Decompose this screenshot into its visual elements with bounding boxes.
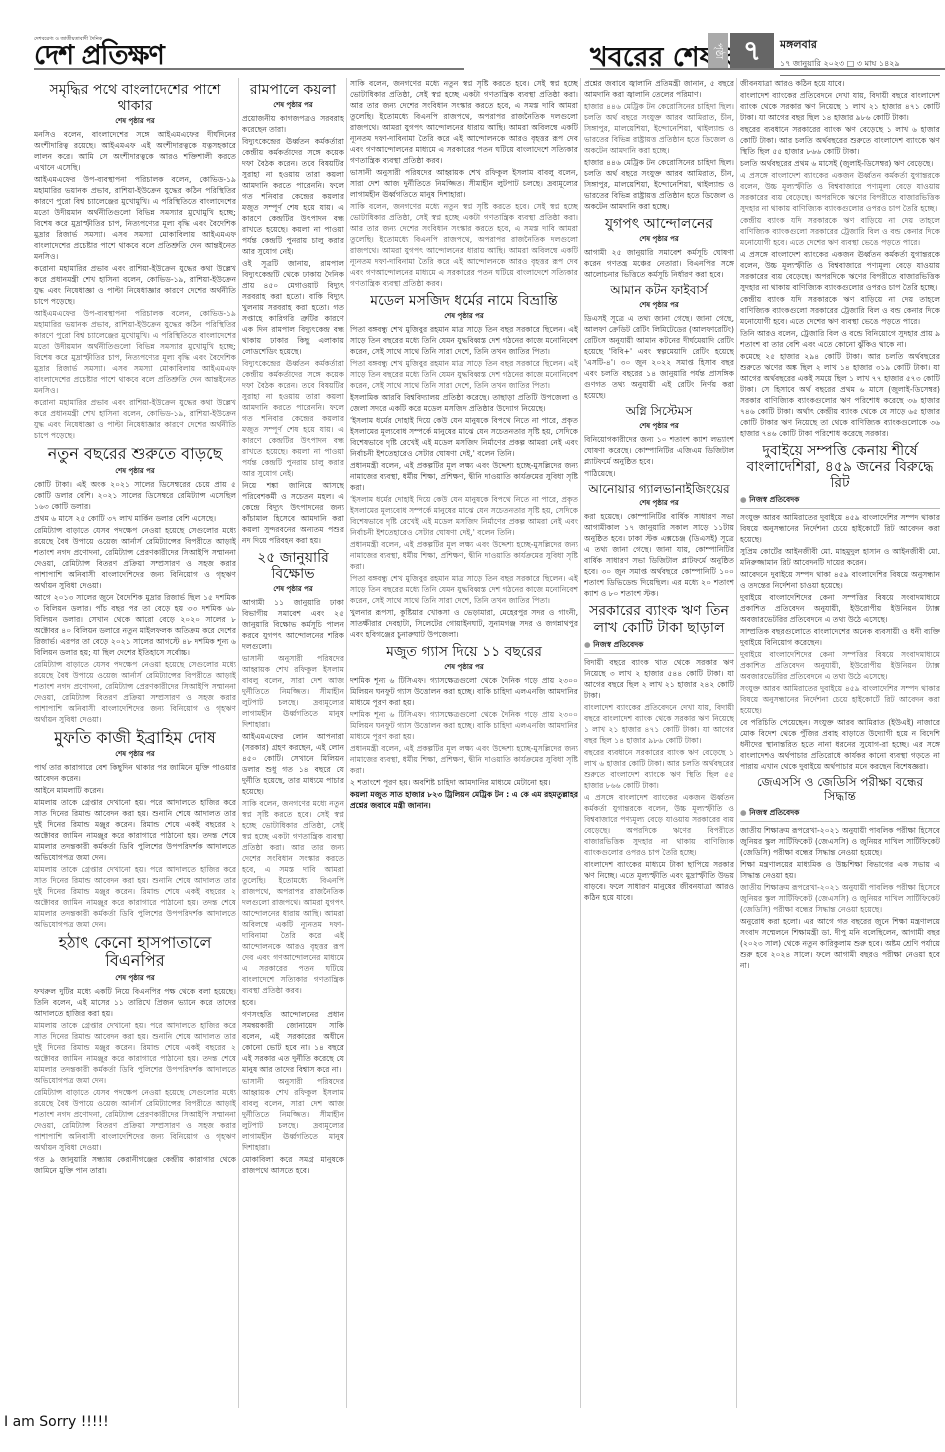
article-govbank: সরকারের ব্যাংক ঋণ তিন লাখ কোটি টাকা ছাড়…	[584, 603, 734, 902]
paragraph: রেমিট্যান্স বাড়াতে যেসব পদক্ষেপ নেওয়া …	[34, 525, 236, 591]
headline: আনোয়ার গ্যালভানাইজিংয়ের	[584, 483, 734, 497]
weekday: মঙ্গলবার	[780, 36, 940, 55]
column-divider	[736, 78, 737, 1408]
jump-label: শেষ পৃষ্ঠার পর	[584, 300, 734, 311]
paragraph: বাংলাদেশ ব্যাংকের প্রতিবেদনে দেখা যায়, …	[584, 702, 734, 746]
article-jsc: জেএসসি ও জেডিসি পরীক্ষা বন্ধের সিদ্ধান্ত…	[740, 776, 940, 971]
paragraph: হবে।	[242, 997, 344, 1008]
article-remittance: নতুন বছরের শুরুতে বাড়ছে শেষ পৃষ্ঠার পর …	[34, 445, 236, 724]
headline: নতুন বছরের শুরুতে বাড়ছে	[34, 445, 236, 463]
column-divider	[580, 78, 581, 1408]
paragraph: বছরের ব্যবধানে সরকারের ব্যাংক ঋণ বেড়েছে…	[584, 747, 734, 791]
column-divider	[346, 78, 347, 1408]
divider	[584, 653, 734, 654]
article-anwar: আনোয়ার গ্যালভানাইজিংয়ের শেষ পৃষ্ঠার পর…	[584, 483, 734, 600]
paragraph: আবেদনে দুবাইয়ে সম্পদ থাকা ৪৫৯ বাংলাদেশি…	[740, 569, 940, 591]
headline: মজুত গ্যাস দিয়ে ১১ বছরের	[350, 644, 578, 660]
paragraph: পার্থ তার কারাগারে বেশ কিছুদিন থাকার পর …	[34, 762, 236, 784]
paragraph: তিনি আরও বলেন, ট্রেজারি বিল ও বন্ডে বিনি…	[740, 328, 940, 350]
paragraph: বাংলাদেশ ব্যাংকের প্রতিবেদনে দেখা যায়, …	[740, 90, 940, 123]
column-3: সাকি বলেন, জনগণের মধ্যে নতুন স্বপ্ন সৃষ্…	[350, 78, 578, 1408]
headline: মুফতি কাজী ইব্রাহিম দোষ	[34, 729, 236, 747]
paragraph: ওই সূত্রটি জানায়, রামপাল বিদ্যুৎকেন্দ্র…	[242, 258, 344, 357]
paragraph: বাংলাদেশ ব্যাংকের মাধ্যমে টাকা ছাপিয়ে স…	[584, 859, 734, 903]
article-rampal: রামপালে কয়লা শেষ পৃষ্ঠার পর প্রয়োজনীয়…	[242, 82, 344, 546]
paragraph: ইসলামিক আরবি বিশ্ববিদ্যালয় প্রতিষ্ঠা কর…	[350, 392, 578, 414]
article-mufti: মুফতি কাজী ইব্রাহিম দোষ শেষ পৃষ্ঠার পর প…	[34, 729, 236, 930]
paragraph: প্রথম ৬ মাসে ২৫ কোটি ৩৭ লাখ মার্কিন ডলার…	[34, 513, 236, 524]
paragraph: এ প্রসঙ্গে বাংলাদেশ ব্যাংকের একজন ঊর্ধ্ব…	[584, 792, 734, 858]
headline: রামপালে কয়লা	[242, 82, 344, 98]
paragraph: কমেছে ২৫ হাজার ২৯৪ কোটি টাকা। আর চলতি অর…	[740, 351, 940, 439]
paragraph: নিয়ে শঙ্কা জানিয়ে আসছে পরিবেশকর্মী ও স…	[242, 480, 344, 546]
byline: নিজস্ব প্রতিবেদক	[740, 494, 940, 505]
paragraph: গত ৯ জানুয়ারি সন্ধ্যায় কেরানীগঞ্জের কে…	[34, 1154, 236, 1176]
paragraph: 'ইসলাম ধর্মের দোহাই দিয়ে কেউ যেন মানুষক…	[350, 494, 578, 538]
paragraph: মামলায় তাকে গ্রেপ্তার দেখানো হয়। পরে আ…	[34, 864, 236, 930]
headline: হঠাৎ কেনো হাসপাতালে বিএনপির	[34, 934, 236, 971]
paragraph: আইনে মামলাটি করেন।	[34, 785, 236, 796]
paragraph: করোনা মহামারির প্রভাব এবং রাশিয়া-ইউক্রে…	[34, 263, 236, 307]
paragraph: মোকাবিলা করে সমগ্র মানুষকে রাজপথে আসতে হ…	[242, 1154, 344, 1176]
paragraph: বিদ্যুৎকেন্দ্রের ঊর্ধ্বতন কর্মকর্তারা কে…	[242, 358, 344, 479]
jump-label: শেষ পৃষ্ঠার পর	[242, 100, 344, 111]
paragraph: এ প্রসঙ্গে বাংলাদেশ ব্যাংকের একজন ঊর্ধ্ব…	[740, 249, 940, 293]
logo-name: দেশ প্রতিক্ষণ	[34, 42, 164, 70]
paragraph: সংযুক্ত আরব আমিরাতের দুবাইয়ে ৪৫৯ বাংলাদ…	[740, 512, 940, 545]
article-dubai: দুবাইয়ে সম্পত্তি কেনায় শীর্ষে বাংলাদেশ…	[740, 443, 940, 772]
paragraph: ফখরুল দুটির মধ্যে একটি নিয়ে বিএনপির পক্…	[34, 986, 236, 1019]
paragraph: প্রধানমন্ত্রী বলেন, এই প্রকল্পটির মূল লক…	[350, 743, 578, 776]
paragraph: আইএমএফের উপ-ব্যবস্থাপনা পরিচালক বলেন, কো…	[34, 174, 236, 262]
headline: দুবাইয়ে সম্পত্তি কেনায় শীর্ষে বাংলাদেশ…	[740, 443, 940, 491]
jump-label: শেষ পৃষ্ঠার পর	[350, 311, 578, 322]
headline: অগ্নি সিস্টেমস	[584, 405, 734, 419]
paragraph: হাজার ৪৪৬ মেট্রিক টন কেরোসিনের চাহিদা ছি…	[584, 101, 734, 156]
jump-label: শেষ পৃষ্ঠার পর	[584, 498, 734, 509]
column-4: প্রশ্নের জবাবে জ্বালানি প্রতিমন্ত্রী জান…	[584, 78, 734, 1408]
divider	[740, 821, 940, 822]
jump-label: শেষ পৃষ্ঠার পর	[350, 662, 578, 673]
paragraph: ভাসানী অনুসারী পরিষদের আহ্বায়ক শেখ রফিক…	[350, 167, 578, 200]
paragraph: পিতা বঙ্গবন্ধু শেখ মুজিবুর রহমান মাত্র স…	[350, 358, 578, 391]
paragraph: বিদায়ী বছরে ব্যাংক খাত থেকে সরকার ঋণ নি…	[584, 657, 734, 701]
paragraph: ডিএসই সূত্রে এ তথ্য জানা গেছে। জানা গেছে…	[584, 313, 734, 401]
date-rule	[780, 75, 940, 76]
paragraph: ভাসানী অনুসারী পরিষদের আহ্বায়ক শেখ রফিক…	[242, 1076, 344, 1153]
paragraph: সংযুক্ত আরব আমিরাতের দুবাইয়ে ৪৫৯ বাংলাদ…	[740, 683, 940, 716]
paragraph: সাকি বলেন, জনগণের মধ্যে নতুন স্বপ্ন সৃষ্…	[242, 798, 344, 996]
paragraph: চলতি অর্থবছরের প্রথম ৬ মাসেই (জুলাই-ডিসে…	[740, 158, 940, 169]
headline: সমৃদ্ধির পথে বাংলাদেশের পাশে থাকার	[34, 82, 236, 114]
article-jan25: ২৫ জানুয়ারি বিক্ষোভ শেষ পৃষ্ঠার পর আগাম…	[242, 550, 344, 1176]
article-hospital: হঠাৎ কেনো হাসপাতালে বিএনপির শেষ পৃষ্ঠার …	[34, 934, 236, 1176]
paragraph: করা হয়েছে। কোম্পানিটির বার্ষিক সাধারণ স…	[584, 511, 734, 599]
paragraph: মামলায় তাকে গ্রেপ্তার দেখানো হয়। পরে আ…	[34, 1020, 236, 1086]
paragraph: কেন্দ্রীয় ব্যাংক যদি সরকারকে ঋণ বাড়িয়…	[740, 215, 940, 248]
page-label: পৃষ্ঠা	[708, 33, 728, 69]
masthead-rule-right	[590, 68, 945, 70]
paragraph: দুবাইয়ে বাংলাদেশিদের কেনা সম্পত্তির বিষ…	[740, 649, 940, 682]
paragraph: দুবাইয়ে বাংলাদেশিদের কেনা সম্পত্তির বিষ…	[740, 592, 940, 625]
article-imf: সমৃদ্ধির পথে বাংলাদেশের পাশে থাকার শেষ প…	[34, 82, 236, 441]
paragraph: শিক্ষা মন্ত্রণালয়ের মাধ্যমিক ও উচ্চশিক্…	[740, 859, 940, 881]
column-divider	[238, 78, 239, 1408]
divider	[740, 508, 940, 509]
paragraph: জাতীয় শিক্ষাক্রম রূপরেখা-২০২১ অনুযায়ী …	[740, 825, 940, 858]
paragraph: প্রয়োজনীয় কাগজপত্রও সরবরাহ করেছেন তারা…	[242, 113, 344, 135]
article-fuel: প্রশ্নের জবাবে জ্বালানি প্রতিমন্ত্রী জান…	[584, 78, 734, 212]
paragraph: দশমিক শূন্য ৬ টিসিএফ। গ্যাসক্ষেত্রগুলো থ…	[350, 675, 578, 708]
paragraph: 'ইসলাম ধর্মের দোহাই দিয়ে কেউ যেন মানুষক…	[350, 415, 578, 459]
jump-label: শেষ পৃষ্ঠার পর	[242, 584, 344, 595]
article-aman: আমান কটন ফাইবার্স শেষ পৃষ্ঠার পর ডিএসই স…	[584, 284, 734, 401]
paragraph: করোনা মহামারির প্রভাব এবং রাশিয়া-ইউক্রে…	[34, 397, 236, 441]
date-block: মঙ্গলবার ১৭ জানুয়ারি ২০২৩ □ ৩ মাঘ ১৪২৯	[780, 36, 940, 76]
byline: নিজস্ব প্রতিবেদক	[740, 807, 940, 818]
paragraph: অনুরোধ করা হলো। এর আগে গত বছরের জুনে শিক…	[740, 916, 940, 971]
byline: নিজস্ব প্রতিবেদক	[584, 639, 734, 650]
paragraph: মামলায় তাকে গ্রেপ্তার দেখানো হয়। পরে আ…	[34, 797, 236, 863]
paragraph: আইএমএফের উপ-ব্যবস্থাপনা পরিচালক বলেন, কো…	[34, 308, 236, 396]
paragraph: সাকি বলেন, জনগণের মধ্যে নতুন স্বপ্ন সৃষ্…	[350, 78, 578, 166]
paragraph: আগামী ১১ জানুয়ারি ঢাকা বিভাগীয় সমাবেশ …	[242, 597, 344, 652]
paragraph: রেমিট্যান্স বাড়াতে যেসব পদক্ষেপ নেওয়া …	[34, 659, 236, 725]
paragraph: খুলনার রূপসা, কুষ্টিয়ার খোকসা ও ভেড়ামা…	[350, 607, 578, 640]
jump-label: শেষ পৃষ্ঠার পর	[34, 466, 236, 477]
article-yugapat: যুগপৎ আন্দোলনের শেষ পৃষ্ঠার পর আগামী ২৫ …	[584, 216, 734, 280]
headline: জেএসসি ও জেডিসি পরীক্ষা বন্ধের সিদ্ধান্ত	[740, 776, 940, 804]
paragraph: হাজার ৪৪৬ মেট্রিক টন কেরোসিনের চাহিদা ছি…	[584, 157, 734, 212]
column-2: রামপালে কয়লা শেষ পৃষ্ঠার পর প্রয়োজনীয়…	[242, 78, 344, 1408]
paragraph: আগামী ২৫ জানুয়ারি সমাবেশ কর্মসূচি ঘোষণা…	[584, 247, 734, 280]
paragraph: আইএমএফের লোন আপনারা (সরকার) গ্রহণ করছেন,…	[242, 731, 344, 797]
paragraph: আগে ২০১৩ সালের জুনে বৈদেশিক মুদ্রার রিজা…	[34, 592, 236, 658]
footer-note: I am Sorry !!!!!	[4, 1414, 109, 1430]
jump-label: শেষ পৃষ্ঠার পর	[584, 234, 734, 245]
paragraph: ভাসানী অনুসারী পরিষদের আহ্বায়ক শেখ রফিক…	[242, 653, 344, 730]
headline: মডেল মসজিদ ধর্মের নামে বিভ্রান্তি	[350, 293, 578, 309]
article-bankloan-continued: জীবনযাত্রা আরও কঠিন হয়ে যাবে। বাংলাদেশ …	[740, 78, 940, 439]
jump-label: শেষ পৃষ্ঠার পর	[34, 749, 236, 760]
article-agni: অগ্নি সিস্টেমস শেষ পৃষ্ঠার পর বিনিয়োগকা…	[584, 405, 734, 479]
paragraph: বছরের ব্যবধানে সরকারের ব্যাংক ঋণ বেড়েছে…	[740, 124, 940, 157]
headline: ২৫ জানুয়ারি বিক্ষোভ	[242, 550, 344, 582]
paragraph: বিনিয়োগকারীদের জন্য ১০ শতাংশ ক্যাশ লভ্য…	[584, 434, 734, 467]
article-yugapat-continued: সাকি বলেন, জনগণের মধ্যে নতুন স্বপ্ন সৃষ্…	[350, 78, 578, 289]
article-gas: মজুত গ্যাস দিয়ে ১১ বছরের শেষ পৃষ্ঠার পর…	[350, 644, 578, 811]
paragraph: দশমিক শূন্য ৬ টিসিএফ। গ্যাসক্ষেত্রগুলো থ…	[350, 709, 578, 742]
jump-label: শেষ পৃষ্ঠার পর	[34, 116, 236, 127]
headline: সরকারের ব্যাংক ঋণ তিন লাখ কোটি টাকা ছাড়…	[584, 603, 734, 635]
paragraph: রেমিট্যান্স বাড়াতে যেসব পদক্ষেপ নেওয়া …	[34, 1087, 236, 1153]
paragraph: প্রশ্নের জবাবে জ্বালানি প্রতিমন্ত্রী জান…	[584, 78, 734, 100]
paragraph: কয়লা মজুত সাত হাজার ৮২৩ ট্রিলিয়ন মেট্র…	[350, 789, 578, 811]
paragraph: কোটি টাকা। এই অংক ২০২১ সালের ডিসেম্বরের …	[34, 479, 236, 512]
paragraph: বিদ্যুৎকেন্দ্রের ঊর্ধ্বতন কর্মকর্তারা কে…	[242, 136, 344, 257]
jump-label: শেষ পৃষ্ঠার পর	[584, 421, 734, 432]
column-1: সমৃদ্ধির পথে বাংলাদেশের পাশে থাকার শেষ প…	[34, 78, 236, 1408]
paragraph: সাকি বলেন, জনগণের মধ্যে নতুন স্বপ্ন সৃষ্…	[350, 201, 578, 289]
paragraph: জীবনযাত্রা আরও কঠিন হয়ে যাবে।	[740, 78, 940, 89]
paragraph: প্রধানমন্ত্রী বলেন, এই প্রকল্পটির মূল লক…	[350, 460, 578, 493]
jump-label: শেষ পৃষ্ঠার পর	[34, 973, 236, 984]
masthead-rule-left	[34, 68, 464, 70]
paragraph: বে পরিচিতি পেয়েছেন। সংযুক্ত আরব আমিরাত …	[740, 717, 940, 772]
paragraph: গণসংহতি আন্দোলনের প্রধান সমন্বয়কারী জোন…	[242, 1009, 344, 1075]
column-5: জীবনযাত্রা আরও কঠিন হয়ে যাবে। বাংলাদেশ …	[740, 78, 940, 1408]
paragraph: জাতীয় শিক্ষাক্রম রূপরেখা-২০২১ অনুযায়ী …	[740, 882, 940, 915]
paragraph: সাম্প্রতিক বছরগুলোতে বাংলাদেশের অনেক ব্য…	[740, 626, 940, 648]
paragraph: প্রধানমন্ত্রী বলেন, এই প্রকল্পটির মূল লক…	[350, 539, 578, 572]
paragraph: ২ শতাংশে পূরণ হয়। অবশিষ্ট চাহিদা আমদানি…	[350, 777, 578, 788]
masthead: দেশবরেণ্য ও জাতীয়তাবাদী দৈনিক দেশ প্রতি…	[0, 0, 945, 70]
paragraph: কেন্দ্রীয় ব্যাংক যদি সরকারকে ঋণ বাড়িয়…	[740, 294, 940, 327]
paragraph: পিতা বঙ্গবন্ধু শেখ মুজিবুর রহমান মাত্র স…	[350, 573, 578, 606]
newspaper-logo: দেশবরেণ্য ও জাতীয়তাবাদী দৈনিক দেশ প্রতি…	[34, 36, 164, 70]
headline: যুগপৎ আন্দোলনের	[584, 216, 734, 232]
headline: আমান কটন ফাইবার্স	[584, 284, 734, 298]
paragraph: সুপ্রিম কোর্টের আইনজীবী মো. মাহমুদুল হাস…	[740, 546, 940, 568]
paragraph: মনসিও বলেন, বাংলাদেশের সঙ্গে আইএমএফের দী…	[34, 129, 236, 173]
paragraph: পিতা বঙ্গবন্ধু শেখ মুজিবুর রহমান মাত্র স…	[350, 324, 578, 357]
page-number: ৭	[730, 33, 774, 69]
article-mosque: মডেল মসজিদ ধর্মের নামে বিভ্রান্তি শেষ পৃ…	[350, 293, 578, 640]
paragraph: এ প্রসঙ্গে বাংলাদেশ ব্যাংকের একজন ঊর্ধ্ব…	[740, 170, 940, 214]
paragraph: পাঠিয়েছে।	[584, 468, 734, 479]
